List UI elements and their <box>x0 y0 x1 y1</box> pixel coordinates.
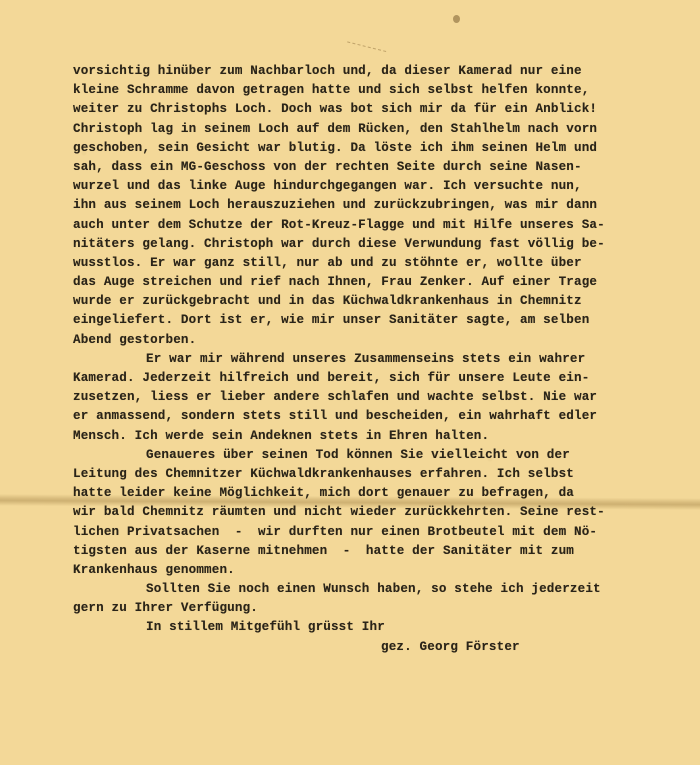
text-line: vorsichtig hinüber zum Nachbarloch und, … <box>73 62 693 81</box>
paragraph: Er war mir während unseres Zusammenseins… <box>73 350 693 446</box>
text-line: Christoph lag in seinem Loch auf dem Rüc… <box>73 120 693 139</box>
text-line: weiter zu Christophs Loch. Doch was bot … <box>73 100 693 119</box>
text-line: er anmassend, sondern stets still und be… <box>73 407 693 426</box>
paper-stain <box>453 15 460 23</box>
text-line: gern zu Ihrer Verfügung. <box>73 599 693 618</box>
text-line: eingeliefert. Dort ist er, wie mir unser… <box>73 311 693 330</box>
text-line: sah, dass ein MG-Geschoss von der rechte… <box>73 158 693 177</box>
text-line: Mensch. Ich werde sein Andeknen stets in… <box>73 427 693 446</box>
text-line: Kamerad. Jederzeit hilfreich und bereit,… <box>73 369 693 388</box>
letter-page: vorsichtig hinüber zum Nachbarloch und, … <box>0 0 700 765</box>
text-line: Abend gestorben. <box>73 331 693 350</box>
text-line: Leitung des Chemnitzer Küchwaldkrankenha… <box>73 465 693 484</box>
text-line: In stillem Mitgefühl grüsst Ihr <box>73 618 693 637</box>
paragraph: Sollten Sie noch einen Wunsch haben, so … <box>73 580 693 618</box>
letter-body: vorsichtig hinüber zum Nachbarloch und, … <box>73 62 693 657</box>
text-line: kleine Schramme davon getragen hatte und… <box>73 81 693 100</box>
text-line: wir bald Chemnitz räumten und nicht wied… <box>73 503 693 522</box>
text-line: wusstlos. Er war ganz still, nur ab und … <box>73 254 693 273</box>
text-line: Sollten Sie noch einen Wunsch haben, so … <box>73 580 693 599</box>
signature: gez. Georg Förster <box>73 638 693 657</box>
text-line: ihn aus seinem Loch herauszuziehen und z… <box>73 196 693 215</box>
text-line: das Auge streichen und rief nach Ihnen, … <box>73 273 693 292</box>
paragraph: In stillem Mitgefühl grüsst Ihr <box>73 618 693 637</box>
paragraph: Genaueres über seinen Tod können Sie vie… <box>73 446 693 580</box>
text-line: Genaueres über seinen Tod können Sie vie… <box>73 446 693 465</box>
text-line: Krankenhaus genommen. <box>73 561 693 580</box>
text-line: tigsten aus der Kaserne mitnehmen - hatt… <box>73 542 693 561</box>
text-line: hatte leider keine Möglichkeit, mich dor… <box>73 484 693 503</box>
text-line: geschoben, sein Gesicht war blutig. Da l… <box>73 139 693 158</box>
paragraph: vorsichtig hinüber zum Nachbarloch und, … <box>73 62 693 350</box>
text-line: zusetzen, liess er lieber andere schlafe… <box>73 388 693 407</box>
text-line: wurzel und das linke Auge hindurchgegang… <box>73 177 693 196</box>
text-line: auch unter dem Schutze der Rot-Kreuz-Fla… <box>73 216 693 235</box>
text-line: wurde er zurückgebracht und in das Küchw… <box>73 292 693 311</box>
text-line: Er war mir während unseres Zusammenseins… <box>73 350 693 369</box>
text-line: nitäters gelang. Christoph war durch die… <box>73 235 693 254</box>
text-line: lichen Privatsachen - wir durften nur ei… <box>73 523 693 542</box>
